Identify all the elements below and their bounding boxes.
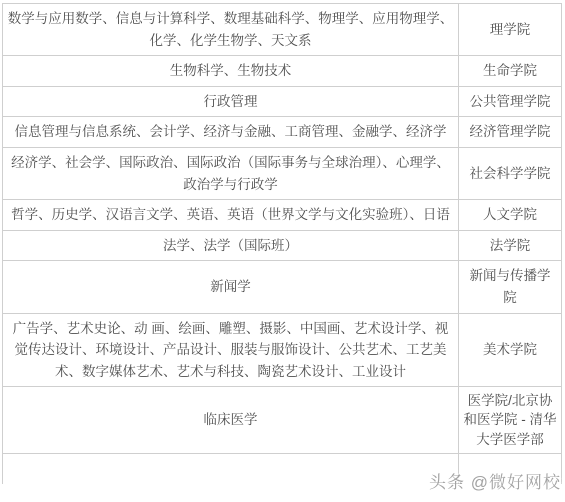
majors-cell: 生物科学、生物技术	[3, 56, 459, 87]
college-cell: 新闻与传播学院	[459, 261, 562, 313]
college-cell-empty	[459, 453, 562, 484]
college-cell: 社会科学学院	[459, 147, 562, 199]
table-row: 哲学、历史学、汉语言文学、英语、英语（世界文学与文化实验班）、日语 人文学院	[3, 200, 562, 231]
college-cell: 经济管理学院	[459, 117, 562, 148]
table-row: 行政管理 公共管理学院	[3, 86, 562, 117]
table-row: 信息管理与信息系统、会计学、经济与金融、工商管理、金融学、经济学 经济管理学院	[3, 117, 562, 148]
table-row: 经济学、社会学、国际政治、国际政治（国际事务与全球治理）、心理学、政治学与行政学…	[3, 147, 562, 199]
table-row: 新闻学 新闻与传播学院	[3, 261, 562, 313]
majors-cell: 数学与应用数学、信息与计算科学、数理基础科学、物理学、应用物理学、化学、化学生物…	[3, 4, 459, 56]
table-row: 临床医学 医学院/北京协和医学院 - 清华大学医学部	[3, 387, 562, 453]
majors-college-table: 数学与应用数学、信息与计算科学、数理基础科学、物理学、应用物理学、化学、化学生物…	[2, 3, 562, 484]
table-row: 广告学、艺术史论、动 画、绘画、雕塑、摄影、中国画、艺术设计学、视觉传达设计、环…	[3, 313, 562, 387]
majors-cell-empty	[3, 453, 459, 484]
table-row: 生物科学、生物技术 生命学院	[3, 56, 562, 87]
majors-cell: 广告学、艺术史论、动 画、绘画、雕塑、摄影、中国画、艺术设计学、视觉传达设计、环…	[3, 313, 459, 387]
majors-cell: 法学、法学（国际班）	[3, 230, 459, 261]
majors-cell: 信息管理与信息系统、会计学、经济与金融、工商管理、金融学、经济学	[3, 117, 459, 148]
college-cell: 医学院/北京协和医学院 - 清华大学医学部	[459, 387, 562, 453]
table-row: 法学、法学（国际班） 法学院	[3, 230, 562, 261]
table-row-partial	[3, 453, 562, 484]
table-row: 数学与应用数学、信息与计算科学、数理基础科学、物理学、应用物理学、化学、化学生物…	[3, 4, 562, 56]
college-cell: 公共管理学院	[459, 86, 562, 117]
college-cell: 人文学院	[459, 200, 562, 231]
majors-cell: 临床医学	[3, 387, 459, 453]
college-cell: 理学院	[459, 4, 562, 56]
college-cell: 法学院	[459, 230, 562, 261]
college-cell: 生命学院	[459, 56, 562, 87]
majors-cell: 行政管理	[3, 86, 459, 117]
majors-cell: 新闻学	[3, 261, 459, 313]
college-cell: 美术学院	[459, 313, 562, 387]
majors-cell: 哲学、历史学、汉语言文学、英语、英语（世界文学与文化实验班）、日语	[3, 200, 459, 231]
majors-cell: 经济学、社会学、国际政治、国际政治（国际事务与全球治理）、心理学、政治学与行政学	[3, 147, 459, 199]
